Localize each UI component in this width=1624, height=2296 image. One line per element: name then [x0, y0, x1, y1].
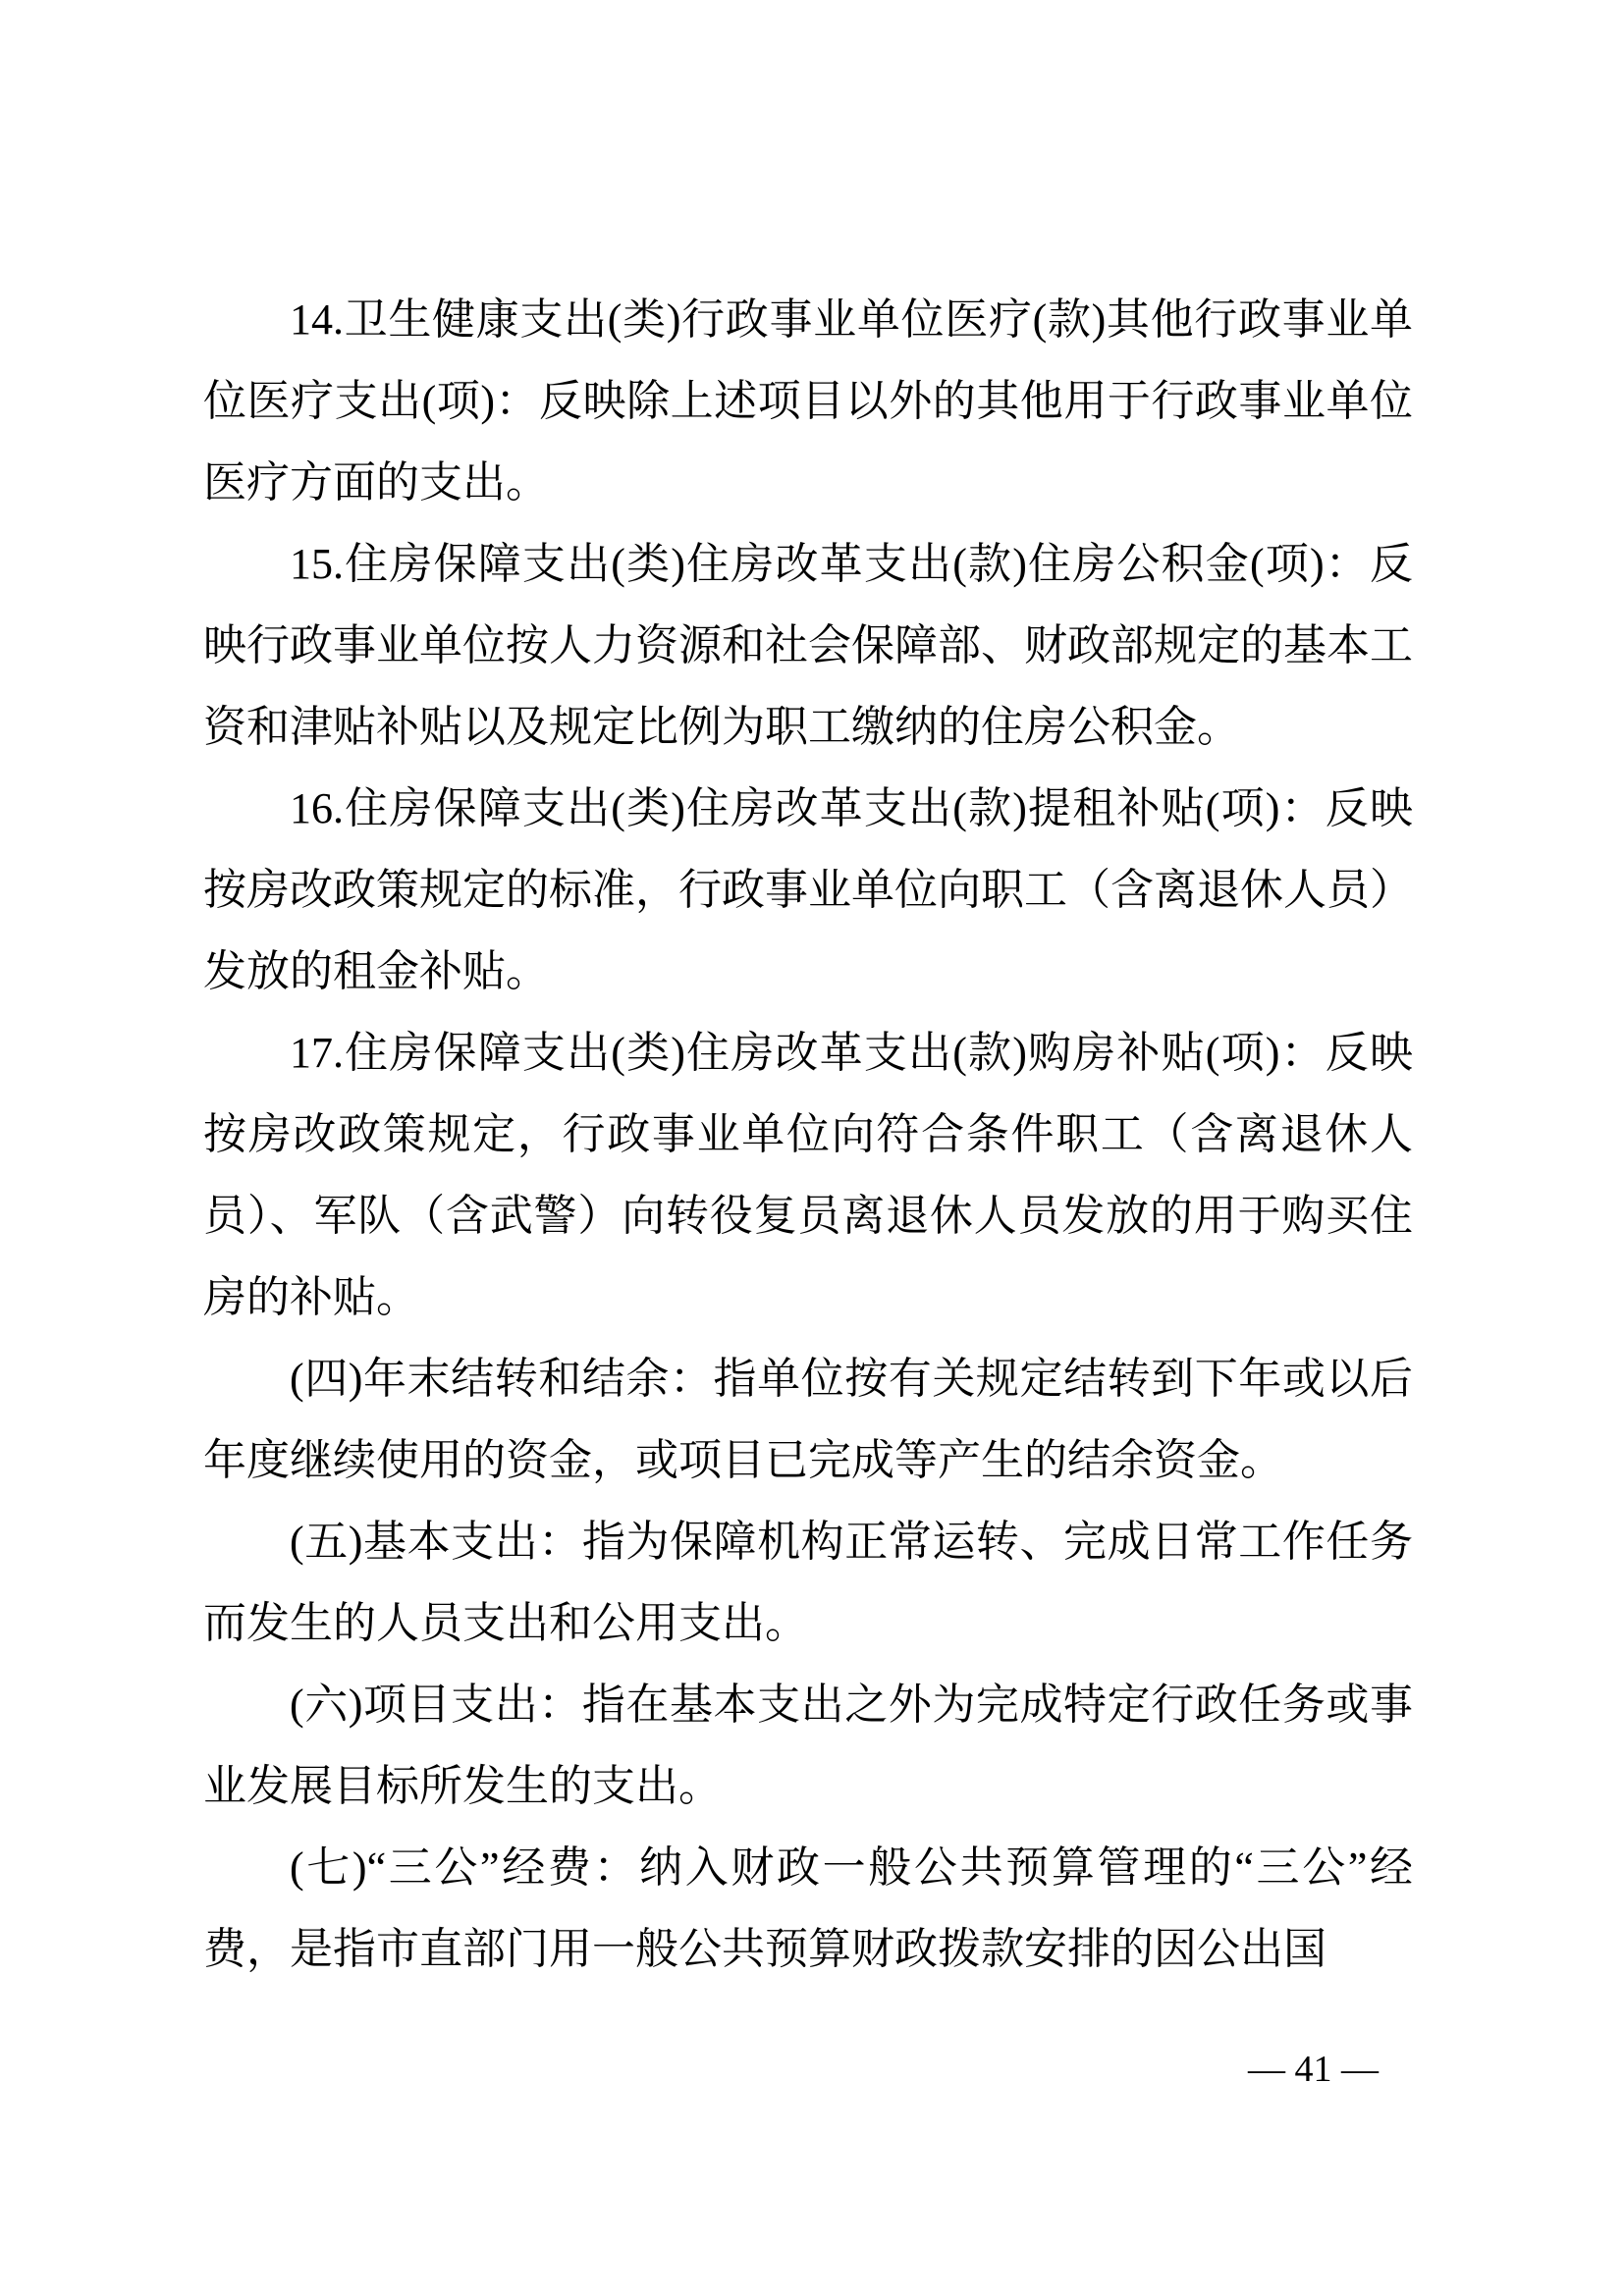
page-number: — 41 — — [1182, 2050, 1379, 2091]
paragraph-item-17: 17.住房保障支出(类)住房改革支出(款)购房补贴(项)：反映按房改政策规定，行… — [203, 1012, 1413, 1338]
paragraph-item-liu: (六)项目支出：指在基本支出之外为完成特定行政任务或事业发展目标所发生的支出。 — [203, 1664, 1413, 1827]
document-body: 14.卫生健康支出(类)行政事业单位医疗(款)其他行政事业单位医疗支出(项)：反… — [203, 279, 1413, 1990]
document-page: 14.卫生健康支出(类)行政事业单位医疗(款)其他行政事业单位医疗支出(项)：反… — [0, 0, 1624, 2296]
paragraph-item-16: 16.住房保障支出(类)住房改革支出(款)提租补贴(项)：反映按房改政策规定的标… — [203, 768, 1413, 1012]
paragraph-item-15: 15.住房保障支出(类)住房改革支出(款)住房公积金(项)：反映行政事业单位按人… — [203, 523, 1413, 768]
paragraph-item-qi: (七)“三公”经费：纳入财政一般公共预算管理的“三公”经费，是指市直部门用一般公… — [203, 1827, 1413, 1990]
paragraph-item-14: 14.卫生健康支出(类)行政事业单位医疗(款)其他行政事业单位医疗支出(项)：反… — [203, 279, 1413, 523]
paragraph-item-si: (四)年末结转和结余：指单位按有关规定结转到下年或以后年度继续使用的资金，或项目… — [203, 1338, 1413, 1501]
paragraph-item-wu: (五)基本支出：指为保障机构正常运转、完成日常工作任务而发生的人员支出和公用支出… — [203, 1501, 1413, 1664]
